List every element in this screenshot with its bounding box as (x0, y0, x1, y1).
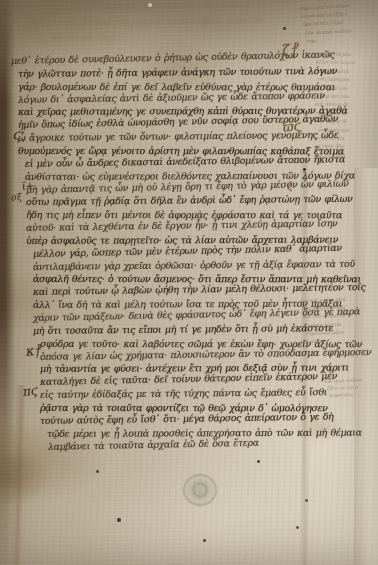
dirt-speck (203, 539, 206, 542)
dirt-speck (305, 499, 308, 502)
dirt-speck (283, 27, 286, 30)
dirt-speck (257, 460, 260, 463)
dirt-speck (303, 168, 306, 171)
dirt-speck (148, 3, 152, 7)
dirt-speck (296, 526, 299, 529)
dirt-speck (96, 470, 99, 473)
dirt-speck (117, 518, 121, 522)
library-stamp (183, 474, 217, 506)
manuscript-page-photo: τι τε καὶ τῶν ἄλλων ὅσα περὶ τῶν πρώτων … (0, 0, 378, 565)
